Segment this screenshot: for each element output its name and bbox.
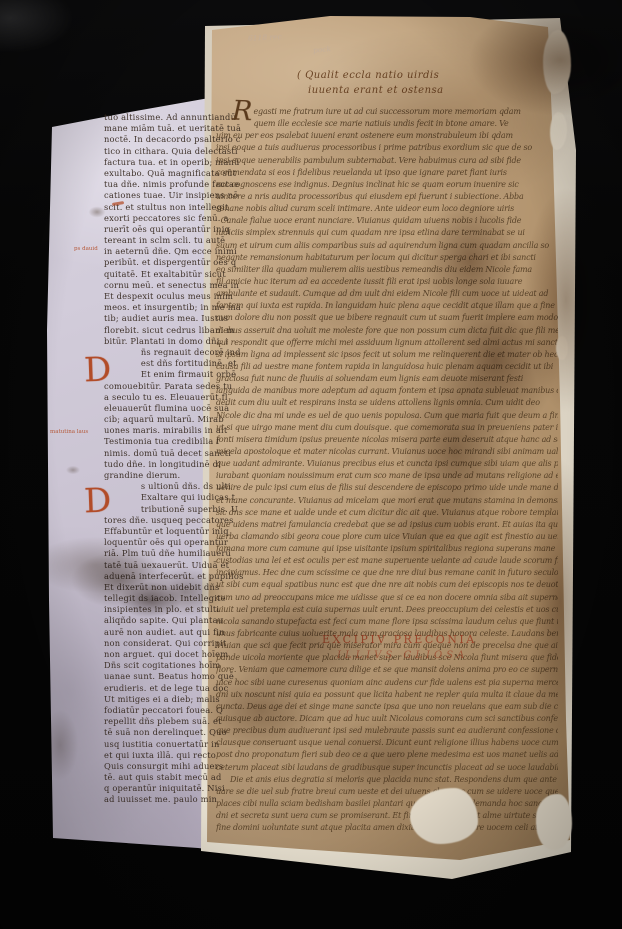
- text-line: negante remansionum habitaturum per locu…: [216, 252, 558, 264]
- text-line: qui respondit que offerre michi mei assi…: [216, 337, 558, 349]
- text-line: uare se die uel sub fratre breui cum ues…: [216, 786, 558, 798]
- text-line: ceterum placeat sibi laudans de gradibus…: [216, 762, 558, 774]
- text-line: languida de manibus more adeptum ad aqua…: [216, 385, 558, 397]
- text-line: uerba clamando sibi geora coue plore cum…: [216, 531, 558, 543]
- text-line: custodias una lei et est oculis per est …: [216, 555, 558, 567]
- pencil-shelfmark-note: 6118 rec: [248, 32, 282, 43]
- text-line: sic dns sce mane et ualde unde et cum di…: [216, 507, 558, 519]
- red-margin-note: matutina laus: [50, 429, 88, 435]
- text-line: incipiamus. Hec dne cum scissime ce que …: [216, 567, 558, 579]
- red-capitals-rubric-line2: ILLIVS GLIOSA: [337, 650, 468, 661]
- text-line: egasti me fratrum iure ut ad cui success…: [216, 106, 558, 118]
- text-line: flore. Veniam que camemore cura dilige e…: [216, 664, 558, 676]
- text-line: causa fili ad uestre mane fontem rapida …: [216, 361, 558, 373]
- text-line: uiuit uel pretempla est cuia supernas uu…: [216, 604, 558, 616]
- chapter-heading-line2: iuuenta erant et ostensa: [308, 85, 444, 96]
- manuscript-photo: tuo altissime. Ad annuntiandūmane miām t…: [0, 0, 622, 929]
- text-line: uincere a nris audita processoribus qui …: [216, 191, 558, 203]
- text-line: cuncta. Deus age dei et singe mane sanct…: [216, 701, 558, 713]
- text-line: ipsi eoque uenerabilis pambulum subterna…: [216, 155, 558, 167]
- text-line: que uidens matrei famulancia credebat qu…: [216, 519, 558, 531]
- text-line: eo similiter illa quadam mulierem aliis …: [216, 264, 558, 276]
- text-line: ruc cognoscens ese indignus. Degnius inc…: [216, 179, 558, 191]
- pencil-note: pock: [313, 44, 332, 55]
- text-line: diebus asseruit dna uoluit me moleste fo…: [216, 325, 558, 337]
- text-line: iudiciis simplex strennuis qui cum quada…: [216, 227, 558, 239]
- text-line: famana more cum camune qui ipse uisitant…: [216, 543, 558, 555]
- text-line: senane nobis aliud curam sceli intimare.…: [216, 203, 558, 215]
- parchment-tear-patch: [536, 794, 572, 850]
- text-line: ipsi eoque a tuis audiueras processoribu…: [216, 142, 558, 154]
- text-line: fontem qui iuxta est rapida. In languida…: [216, 300, 558, 312]
- red-margin-note: ps dauid: [74, 246, 98, 252]
- text-line: dni et secreta sunt uera cum se promiser…: [216, 810, 558, 822]
- text-line: fonti misera timidum ipsius preuente nic…: [216, 434, 558, 446]
- text-line: commendata si eos i fidelibus reuelanda …: [216, 167, 558, 179]
- chapter-heading-line1: ( Qualit eccla natio uirdis: [297, 70, 439, 81]
- text-line: micela apostoloque et mater nicolas curr…: [216, 446, 558, 458]
- text-line: cuiusque ab auctore. Dicam que ad huc uu…: [216, 713, 558, 725]
- text-line: Nicole dic dna mi unde es uel de quo uen…: [216, 410, 558, 422]
- text-line: clausque conseruant usque uenal conuersi…: [216, 737, 558, 749]
- text-line: fine domini uoluntate sunt atque placita…: [216, 822, 558, 834]
- text-line: places cibi nulla sciam bedisham basilei…: [216, 798, 558, 810]
- parchment-tear-patch: [410, 788, 478, 844]
- text-line: ut sibi cum equal spatibus nunc est que …: [216, 579, 558, 591]
- text-line: Die et anis eius degratia si meloris que…: [216, 774, 558, 786]
- red-capitals-rubric-line1: EXCIPIV PRECONIA: [322, 633, 477, 646]
- text-line: uim eu per eos psalebat iuueni erant ost…: [216, 130, 558, 142]
- text-line: graciosa fuit nunc de fluuiis ai soluend…: [216, 373, 558, 385]
- text-line: uenire de pulc ipsi cum eius de filis su…: [216, 482, 558, 494]
- text-line: suum et uirum cum aliis comparibus suis …: [216, 240, 558, 252]
- text-line: que uadant admirante. Viuianus precibus …: [216, 458, 558, 470]
- text-line: uice hoc sibi uane curesenus quoniam ain…: [216, 677, 558, 689]
- parchment-tear-patch: [556, 336, 568, 360]
- rubric-initial-D-deus-ultionum: D: [83, 481, 112, 522]
- text-line: cum uno ad preoccupans mice me uidisse q…: [216, 592, 558, 604]
- text-line: fil amicie huc iterum ad ea accedente iu…: [216, 276, 558, 288]
- text-line: si ipsum ligna ad implessent sic ipsos f…: [216, 349, 558, 361]
- text-line: nicola sanando stupefacta est feci cum m…: [216, 616, 558, 628]
- rubric-initial-D-dominus-regnauit: D: [83, 350, 112, 391]
- text-line: ut si que uirgo mane ment diu cum douisq…: [216, 422, 558, 434]
- text-line: dni uix noscunt nisi quia ea possunt que…: [216, 689, 558, 701]
- text-line: et mane concurante. Viuianus ad micelam …: [216, 495, 558, 507]
- text-line: que precibus dum audiuerant ipsi sed mul…: [216, 725, 558, 737]
- text-line: Canale fialue uoce erant nunciare. Viuia…: [216, 215, 558, 227]
- text-line: cum dolore diu non possit que ue bibere …: [216, 312, 558, 324]
- text-line: dedit cum diu uult et respirans insta se…: [216, 397, 558, 409]
- text-line: post dno proponatum fieri sub deo ce a q…: [216, 749, 558, 761]
- text-line: iurabant quoniam nouissimum erat cum sco…: [216, 470, 558, 482]
- text-line: quem ille ecclesie sce marie natiuis und…: [216, 118, 558, 130]
- text-line: ambulante et sudauit. Cumque ad dm uult …: [216, 288, 558, 300]
- right-text-column: egasti me fratrum iure ut ad cui success…: [216, 106, 558, 836]
